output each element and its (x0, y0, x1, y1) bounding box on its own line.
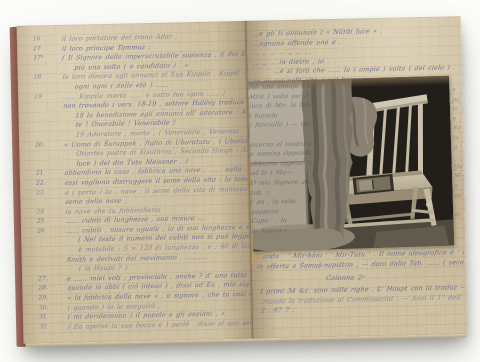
line-number: 23 (36, 189, 44, 199)
line-number: 27. (38, 275, 48, 285)
left-page-text: 16 il loro portatore del trono Adar , 17… (21, 31, 251, 333)
handwriting-text: M— (453, 172, 465, 182)
handwriting-text: il (452, 144, 457, 154)
notebook-spread: 16 il loro portatore del trono Adar , 17… (17, 16, 468, 344)
handwriting-text: pa (451, 96, 460, 106)
line-number: 29. (38, 294, 48, 304)
line-number: 25 (37, 218, 45, 228)
line-number: 16 (33, 35, 41, 45)
line-number: 31 (39, 314, 47, 324)
handwriting-fragment: M— (453, 172, 465, 182)
handwriting-text: 2 . 97 7 . (260, 306, 295, 316)
line-number: 18 (34, 74, 42, 84)
handwriting-fragment: io manca— (248, 225, 313, 236)
right-margin-fragments: a pa la e Sa ta il … (451, 86, 466, 221)
handwriting-fragment: ne (453, 192, 465, 202)
handwriting-text: u (453, 182, 458, 192)
handwriting-fragment: u (453, 182, 465, 192)
handwriting-fragment: Sa (452, 125, 464, 135)
handwriting-text: a (451, 86, 456, 96)
line-number: 30. (39, 304, 49, 314)
line-number: 28. (38, 285, 48, 295)
right-page-bottom-text: …anda . ' Mir-bāni ' ' Mir-Tutu ' . Il n… (255, 248, 464, 272)
handwriting-fragment: Ḫa (453, 163, 465, 173)
handwriting-text: e (452, 115, 457, 125)
right-page-closing-text: I primi 34 &c. sino mille righe . L' Hau… (255, 283, 465, 316)
line-number: 26 (37, 227, 45, 237)
handwriting-fragment: pa (451, 96, 463, 106)
handwriting-text: … (454, 201, 461, 211)
handwriting-text: … (453, 153, 460, 163)
left-page: 16 il loro portatore del trono Adar , 17… (17, 21, 254, 344)
handwriting-fragment: e (452, 115, 464, 125)
column-heading-text: Colonna 2ᵃ (325, 273, 365, 283)
handwriting-fragment: il (452, 144, 464, 154)
line-number: 24 (37, 208, 45, 218)
handwriting-fragment: … (452, 153, 464, 163)
handwriting-fragment: la (451, 105, 463, 115)
right-page: …e gli ti annunzio ) « Nūrāi luce » . …o… (247, 16, 468, 339)
line-number: 22. (36, 179, 46, 189)
handwriting-fragment: … (454, 201, 466, 211)
scanned-notebook-scene: 16 il loro portatore del trono Adar , 17… (0, 0, 480, 362)
line-number: 20. (35, 141, 45, 151)
line-number: 17ᵇ (33, 54, 44, 64)
line-number: 32 (39, 323, 47, 333)
handwriting-text: la (452, 105, 459, 115)
handwriting-text: Ḫa (453, 163, 463, 173)
handwriting-text: ta (454, 211, 461, 221)
line-number: 19 (34, 93, 42, 103)
column-heading: Colonna 2ᵃ (252, 272, 436, 286)
handwriting-fragment: a (451, 86, 463, 96)
line-number: 21 (36, 170, 44, 180)
handwriting-text: Sa (452, 125, 461, 135)
handwriting-text: ta (452, 134, 459, 144)
handwriting-fragment: ta (454, 211, 466, 221)
line-number: 17 (33, 45, 41, 55)
handwriting-fragment: ta (452, 134, 464, 144)
handwriting-text: tab. ) (250, 188, 269, 198)
handwriting-text: ne (454, 192, 463, 202)
handwriting-over-photo: fidi una annoja ) il Mirā ) volta per l'… (247, 81, 315, 236)
handwriting-text: io manca— (251, 226, 288, 236)
